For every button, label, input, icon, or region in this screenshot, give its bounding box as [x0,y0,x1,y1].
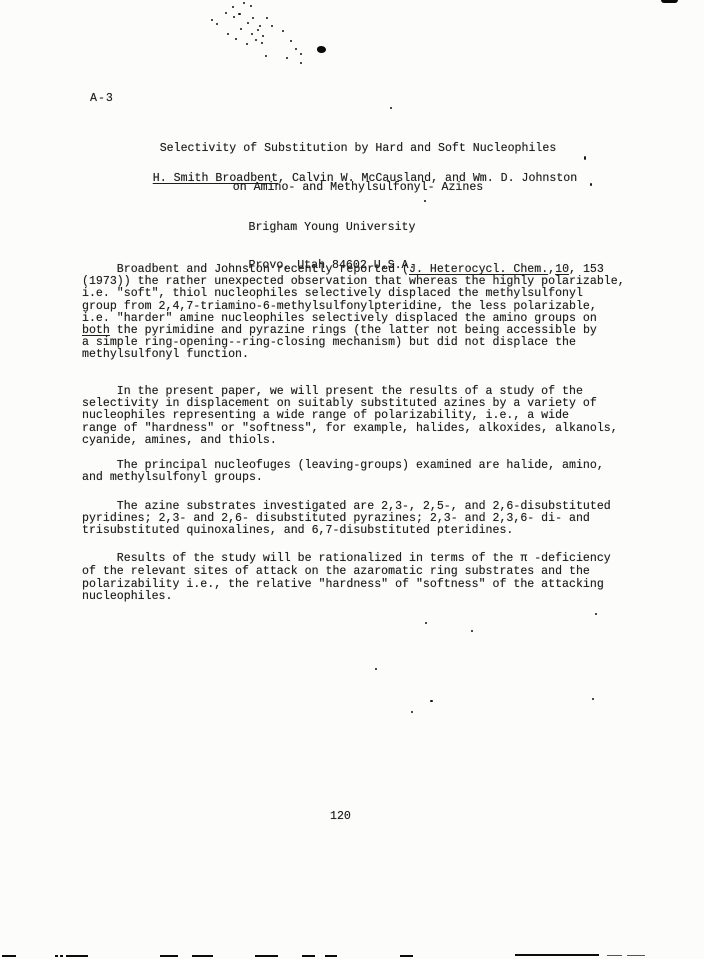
scan-edge-mark [661,0,678,3]
authors-line: H. Smith Broadbent, Calvin W. McCausland… [0,173,704,185]
paragraph-2: In the present paper, we will present th… [82,386,618,447]
page-number: 120 [330,811,351,823]
paragraph-1: Broadbent and Johnston recently reported… [82,264,625,362]
paragraph-3: The principal nucleofuges (leaving-group… [82,460,604,484]
affiliation-line1: Brigham Young University [0,222,664,234]
paper-number: A-3 [90,93,114,105]
paragraph-4: The azine substrates investigated are 2,… [82,501,611,538]
title-line1: Selectivity of Substitution by Hard and … [0,143,704,155]
paragraph-5: Results of the study will be rationalize… [82,553,611,604]
scanned-abstract-page: A-3 Selectivity of Substitution by Hard … [0,0,704,959]
